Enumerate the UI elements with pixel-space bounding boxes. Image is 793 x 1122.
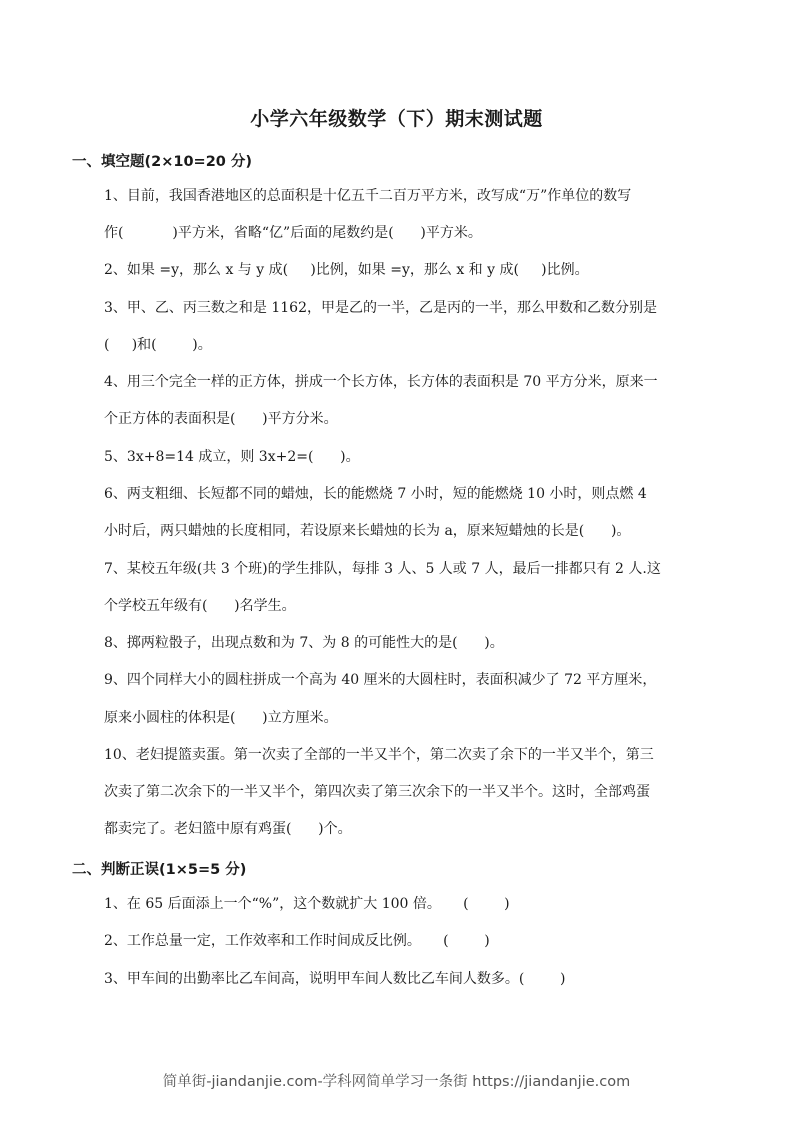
section-heading-true-false: 二、判断正误(1×5=5 分) — [72, 858, 246, 879]
footer-watermark: 简单街-jiandanjie.com-学科网简单学习一条街 https://ji… — [0, 1070, 793, 1091]
question-line: 原来小圆柱的体积是( )立方厘米。 — [104, 709, 338, 727]
judgement-line: 2、工作总量一定，工作效率和工作时间成反比例。 ( ) — [104, 932, 490, 950]
section-heading-fill-in: 一、填空题(2×10=20 分) — [72, 150, 252, 171]
question-line: 5、3x+8=14 成立，则 3x+2=( )。 — [104, 448, 360, 466]
question-line: 个学校五年级有( )名学生。 — [104, 597, 296, 615]
question-line: ( )和( )。 — [104, 336, 212, 354]
question-line: 6、两支粗细、长短都不同的蜡烛，长的能燃烧 7 小时，短的能燃烧 10 小时，则… — [104, 485, 647, 503]
question-line: 都卖完了。老妇篮中原有鸡蛋( )个。 — [104, 820, 352, 838]
question-line: 次卖了第二次余下的一半又半个，第四次卖了第三次余下的一半又半个。这时，全部鸡蛋 — [104, 783, 650, 801]
question-line: 2、如果 =y，那么 x 与 y 成( )比例，如果 =y，那么 x 和 y 成… — [104, 261, 589, 279]
question-line: 个正方体的表面积是( )平方分米。 — [104, 410, 338, 428]
question-line: 9、四个同样大小的圆柱拼成一个高为 40 厘米的大圆柱时，表面积减少了 72 平… — [104, 671, 656, 689]
question-line: 3、甲、乙、丙三数之和是 1162，甲是乙的一半，乙是丙的一半，那么甲数和乙数分… — [104, 299, 657, 317]
question-line: 4、用三个完全一样的正方体，拼成一个长方体，长方体的表面积是 70 平方分米，原… — [104, 373, 658, 391]
question-line: 作( )平方米，省略“亿”后面的尾数约是( )平方米。 — [104, 224, 482, 242]
question-line: 8、掷两粒骰子，出现点数和为 7、为 8 的可能性大的是( )。 — [104, 634, 504, 652]
question-line: 10、老妇提篮卖蛋。第一次卖了全部的一半又半个，第二次卖了余下的一半又半个，第三 — [104, 746, 654, 764]
question-line: 7、某校五年级(共 3 个班)的学生排队，每排 3 人、5 人或 7 人，最后一… — [104, 560, 661, 578]
judgement-line: 1、在 65 后面添上一个“%”，这个数就扩大 100 倍。 ( ) — [104, 895, 510, 913]
question-line: 小时后，两只蜡烛的长度相同，若设原来长蜡烛的长为 a，原来短蜡烛的长是( )。 — [104, 522, 630, 540]
question-line: 1、目前，我国香港地区的总面积是十亿五千二百万平方米，改写成“万”作单位的数写 — [104, 187, 631, 205]
page-title: 小学六年级数学（下）期末测试题 — [0, 104, 793, 131]
judgement-line: 3、甲车间的出勤率比乙车间高，说明甲车间人数比乙车间人数多。( ) — [104, 970, 565, 988]
